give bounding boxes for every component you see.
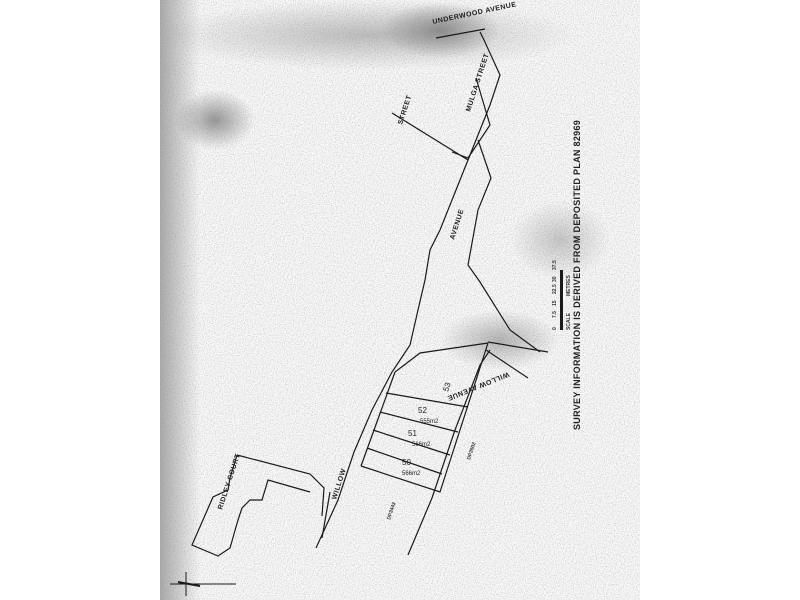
scale-tick-label: 37.5 xyxy=(552,260,558,270)
lot-number: 52 xyxy=(418,406,427,415)
lot-area: 566m2 xyxy=(402,471,421,477)
scale-tick-label: 15 xyxy=(552,300,558,306)
scale-tick-label: 22.5 xyxy=(552,284,558,294)
survey-note: SURVEY INFORMATION IS DERIVED FROM DEPOS… xyxy=(572,120,582,430)
scale-tick-label: 7.5 xyxy=(552,311,558,318)
scale-tick-label: 0 xyxy=(552,327,558,330)
scale-label: SCALE xyxy=(566,312,572,330)
scale-units: METRES xyxy=(566,275,572,297)
scale-tick-label: 30 xyxy=(552,276,558,282)
lot-area: 555m2 xyxy=(420,419,439,425)
survey-plan-drawing: UNDERWOOD AVENUE MULGA STREET STREET AVE… xyxy=(0,0,800,600)
scan-noise xyxy=(160,0,640,600)
lot-area: 566m2 xyxy=(412,442,431,448)
lot-number: 50 xyxy=(402,458,411,467)
lot-number: 51 xyxy=(408,429,417,438)
